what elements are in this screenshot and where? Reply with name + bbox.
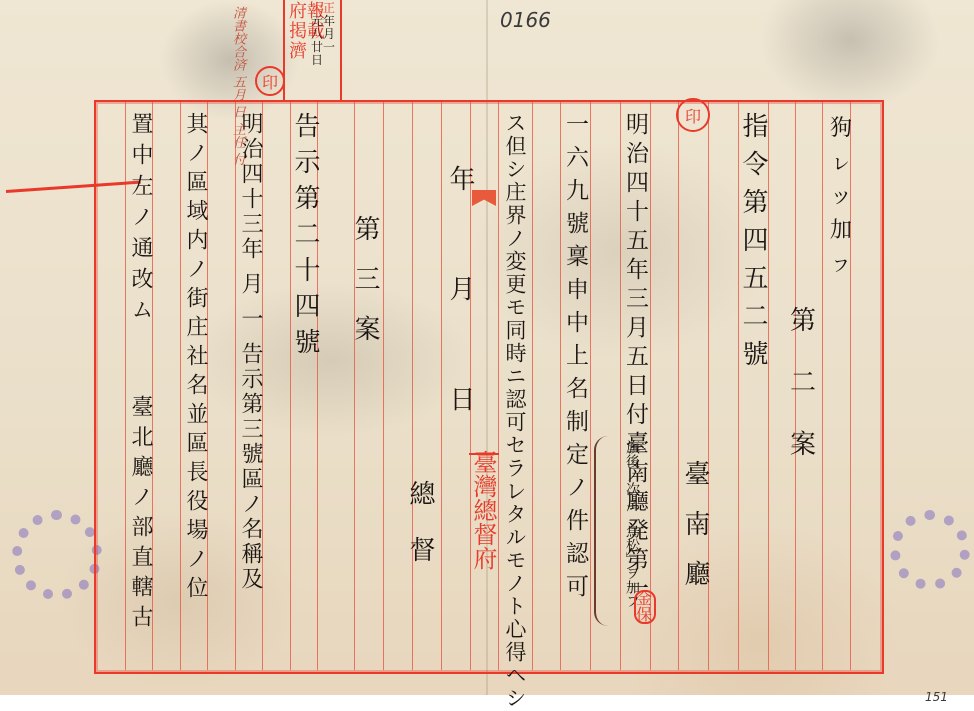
ruling-line	[768, 102, 769, 670]
case-two-heading: 第二案	[790, 290, 820, 476]
ruling-line	[532, 102, 533, 670]
governor-general-signature: 總督	[405, 480, 435, 592]
ruling-line	[498, 102, 499, 670]
case-three-heading: 第三案	[350, 215, 380, 365]
case-three-body-line4: 臺北廳ノ部直轄古	[125, 395, 155, 635]
case-two-body-line3: ス但シ庄界ノ変更モ同時ニ認可セラレタルモノト心得ヘシ	[500, 112, 530, 710]
red-seal-top: 印	[255, 66, 285, 96]
page-number-bottom: 151	[925, 690, 948, 704]
page-number-top: 0166	[500, 8, 551, 32]
ruling-line	[441, 102, 442, 670]
ruling-line	[822, 102, 823, 670]
marginal-correction: 旗後ノ次ニ「烏松」ヲ加フ	[600, 440, 640, 608]
date-line: 年 月 日	[445, 165, 475, 450]
case-two-body-line2: 一六九號稟申中上名制定ノ件認可	[560, 112, 590, 607]
case-three-body-line3: 置中左ノ通改ム	[125, 112, 155, 329]
purple-seal-right	[890, 510, 970, 590]
gazette-stamp-header: 大正元年八月廿一日	[311, 2, 340, 67]
addressee: 臺南廳	[680, 460, 710, 610]
ruling-line	[678, 102, 679, 670]
ruling-line	[383, 102, 384, 670]
ruling-line	[650, 102, 651, 670]
case-three-body-line1: 明治四十三年 月 一 告示第三號區ノ名稱及	[235, 112, 265, 592]
taiwan-government-general-office: 臺灣總督府	[469, 450, 499, 570]
gazette-published-stamp: 府報掲載濟 大正元年八月廿一日	[283, 0, 342, 100]
purple-seal-left	[12, 510, 102, 600]
case-three-body-line2: 其ノ區域内ノ街庄社名並區長役場ノ位	[180, 112, 210, 605]
ruling-line	[590, 102, 591, 670]
order-number: 指令第四五二號	[738, 112, 768, 378]
ruling-line	[354, 102, 355, 670]
marginal-seal: 金保	[634, 590, 656, 624]
corner-annotation: 狗 ㇾ ッ 加 ㇷ	[826, 112, 856, 282]
red-seal-right: 印	[676, 98, 710, 132]
notice-number: 告示第二十四號	[290, 112, 320, 364]
